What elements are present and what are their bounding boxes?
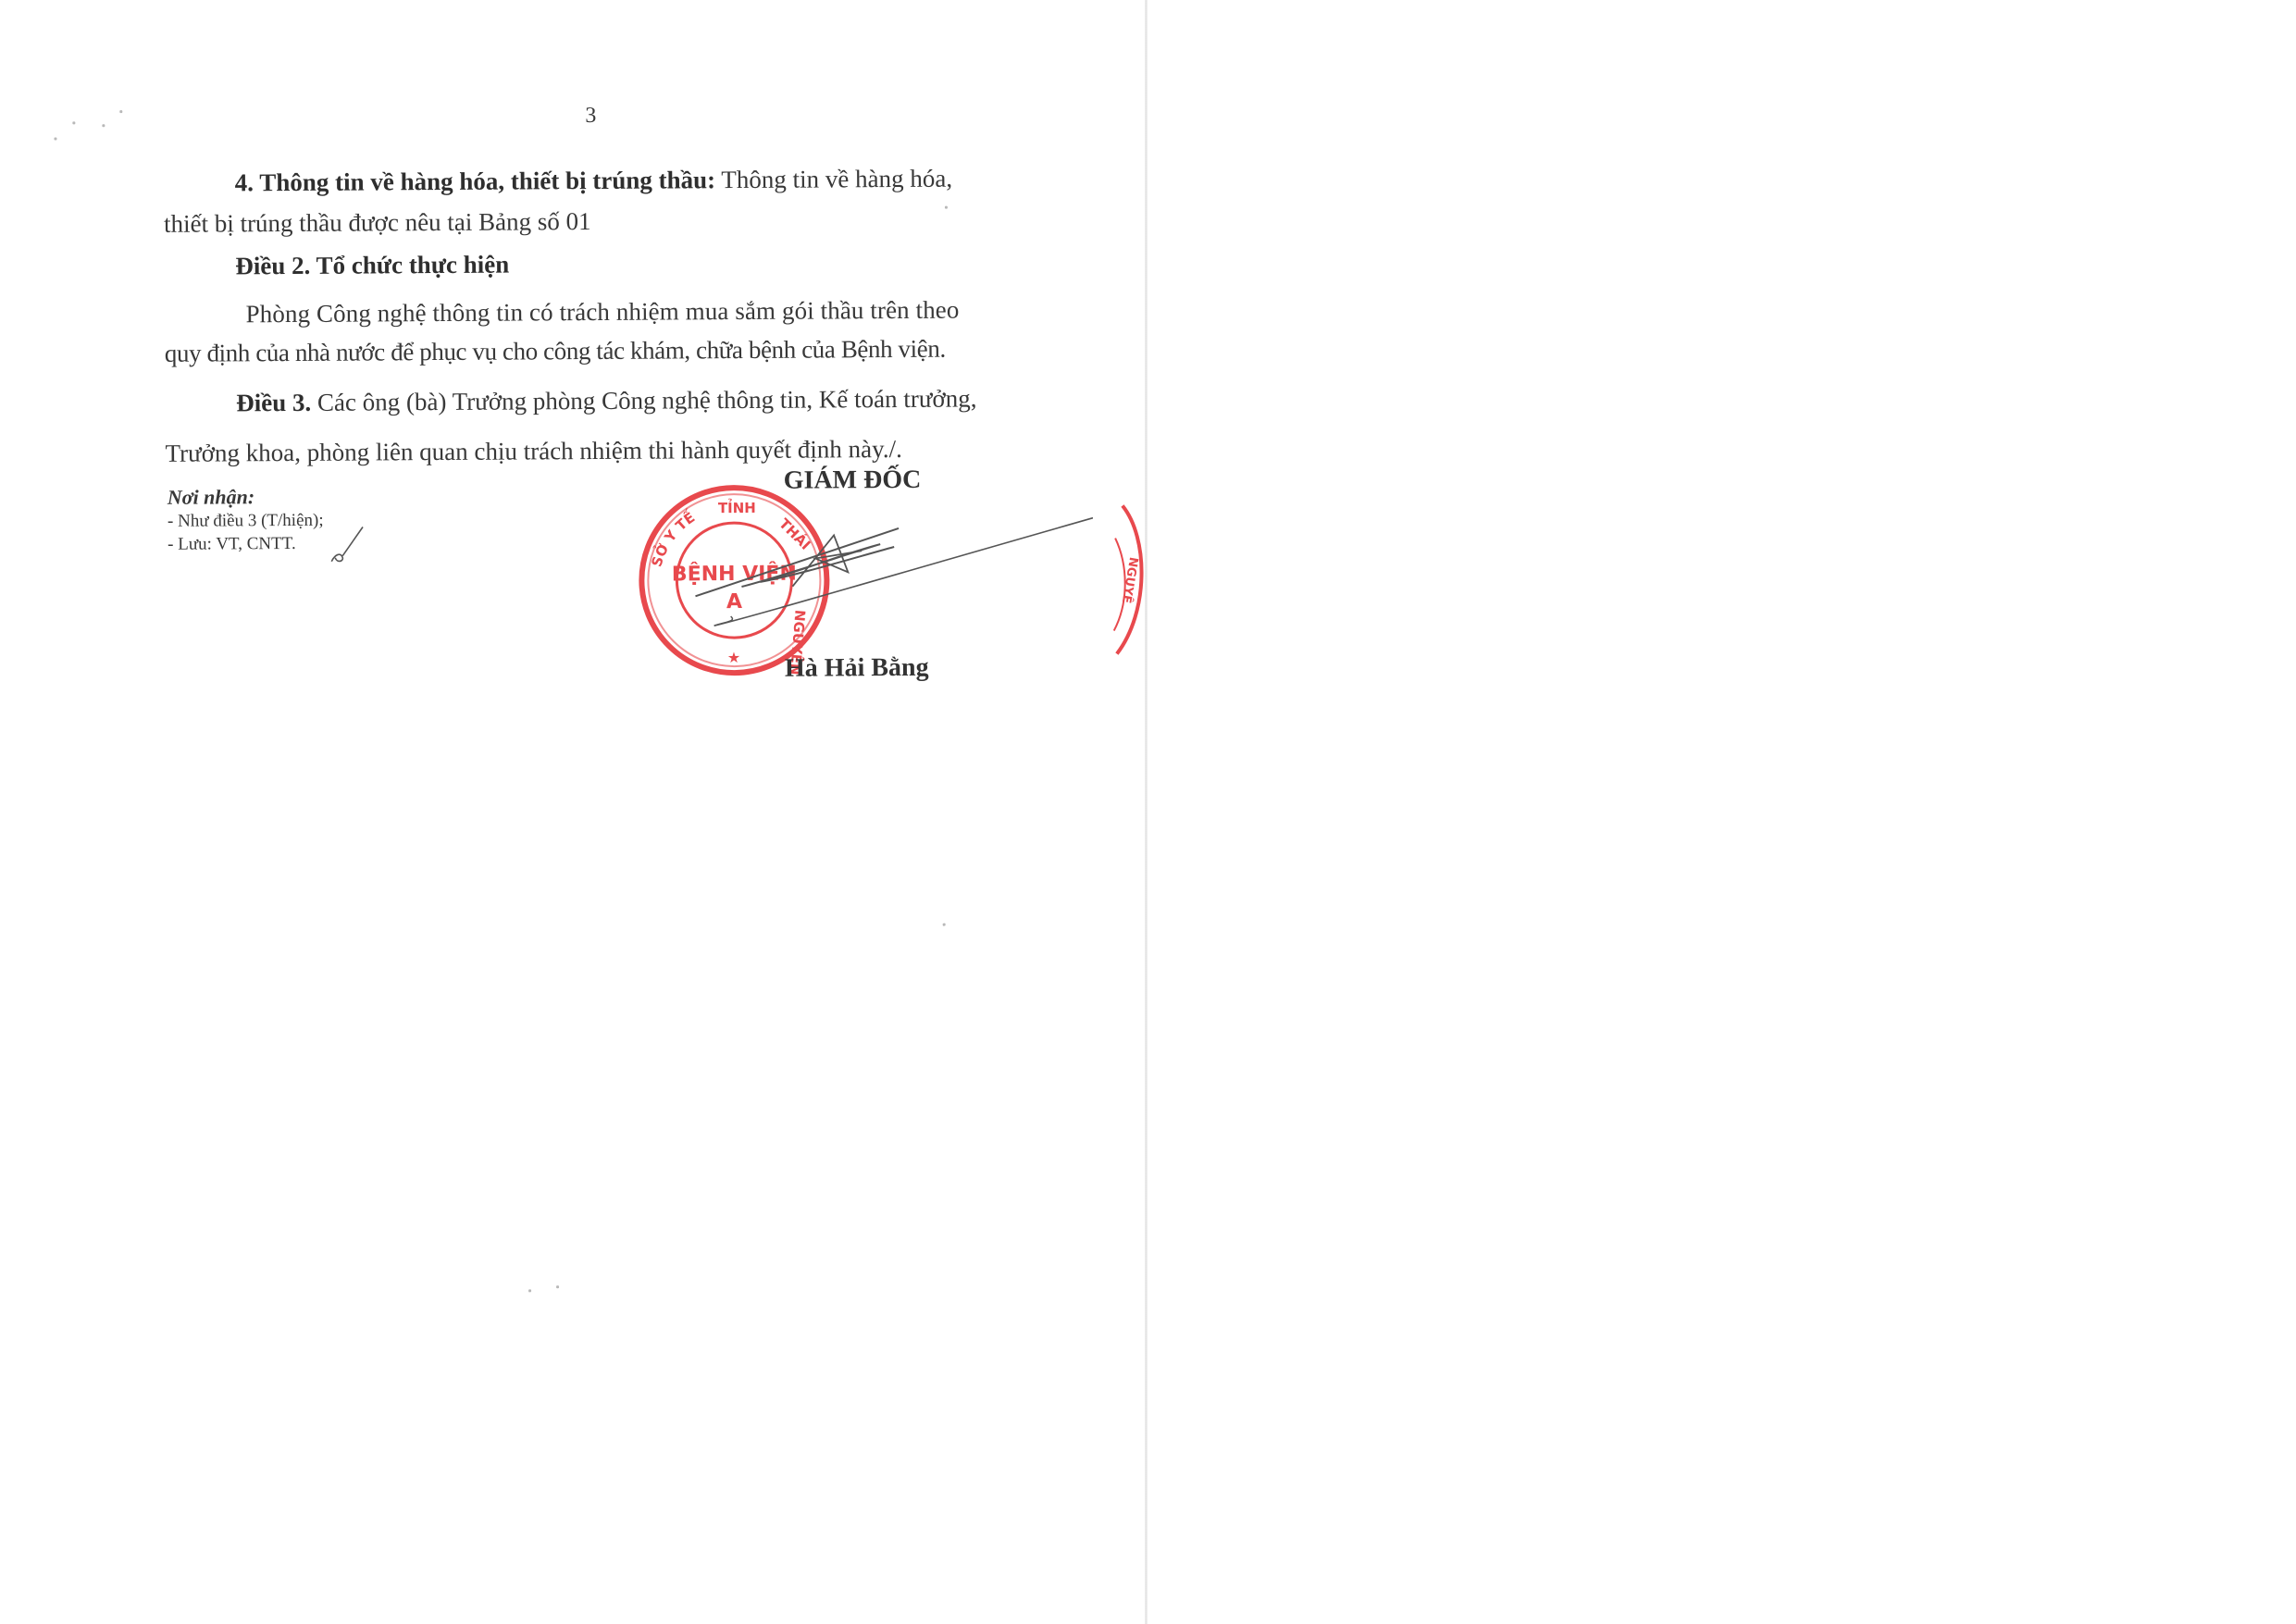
scan-speck	[945, 206, 948, 209]
stamp-fragment-text: NGUYÊ	[1119, 556, 1141, 604]
article3-text-line1: Các ông (bà) Trưởng phòng Công nghệ thôn…	[311, 384, 976, 415]
section4-label: 4. Thông tin về hàng hóa, thiết bị trúng…	[235, 166, 716, 196]
scan-speck	[528, 1289, 531, 1292]
signatory-name: Hà Hải Bằng	[785, 653, 929, 684]
page-number: 3	[585, 104, 596, 129]
section4-text-line1: Thông tin về hàng hóa,	[715, 165, 952, 194]
recipients-title: Nơi nhận:	[168, 485, 324, 510]
article2-heading: Điều 2. Tổ chức thực hiện	[235, 253, 509, 279]
scan-speck	[943, 924, 946, 926]
article3-line1: Điều 3. Các ông (bà) Trưởng phòng Công n…	[236, 386, 976, 415]
scan-speck	[556, 1285, 559, 1288]
article3-label: Điều 3.	[236, 389, 311, 416]
recipient-item: - Như điều 3 (T/hiện);	[168, 509, 324, 533]
section4-line2: thiết bị trúng thầu được nêu tại Bảng số…	[164, 209, 591, 237]
recipients-block: Nơi nhận: - Như điều 3 (T/hiện); - Lưu: …	[168, 485, 324, 556]
section4-line1: 4. Thông tin về hàng hóa, thiết bị trúng…	[235, 167, 952, 196]
scan-speck	[119, 110, 122, 113]
document-page-left: 3 4. Thông tin về hàng hóa, thiết bị trú…	[0, 0, 1146, 1624]
scan-speck	[72, 121, 75, 124]
scan-speck	[102, 124, 105, 127]
stamp-star: ★	[727, 649, 740, 666]
recipient-item: - Lưu: VT, CNTT.	[168, 532, 324, 556]
stamp-fragment-icon: NGUYÊ	[1111, 501, 1149, 658]
article3-line2: Trưởng khoa, phòng liên quan chịu trách …	[165, 437, 901, 466]
article2-heading-text: Điều 2. Tổ chức thực hiện	[235, 251, 509, 280]
document-page-right-blank	[1148, 0, 2296, 1624]
page-content: 3 4. Thông tin về hàng hóa, thiết bị trú…	[0, 0, 1153, 1624]
initials-mark-icon	[329, 524, 366, 565]
handwritten-signature-icon	[686, 502, 1094, 643]
scan-speck	[54, 138, 56, 141]
article2-line2: quy định của nhà nước để phục vụ cho côn…	[165, 337, 946, 366]
article2-line1: Phòng Công nghệ thông tin có trách nhiệm…	[246, 298, 960, 328]
